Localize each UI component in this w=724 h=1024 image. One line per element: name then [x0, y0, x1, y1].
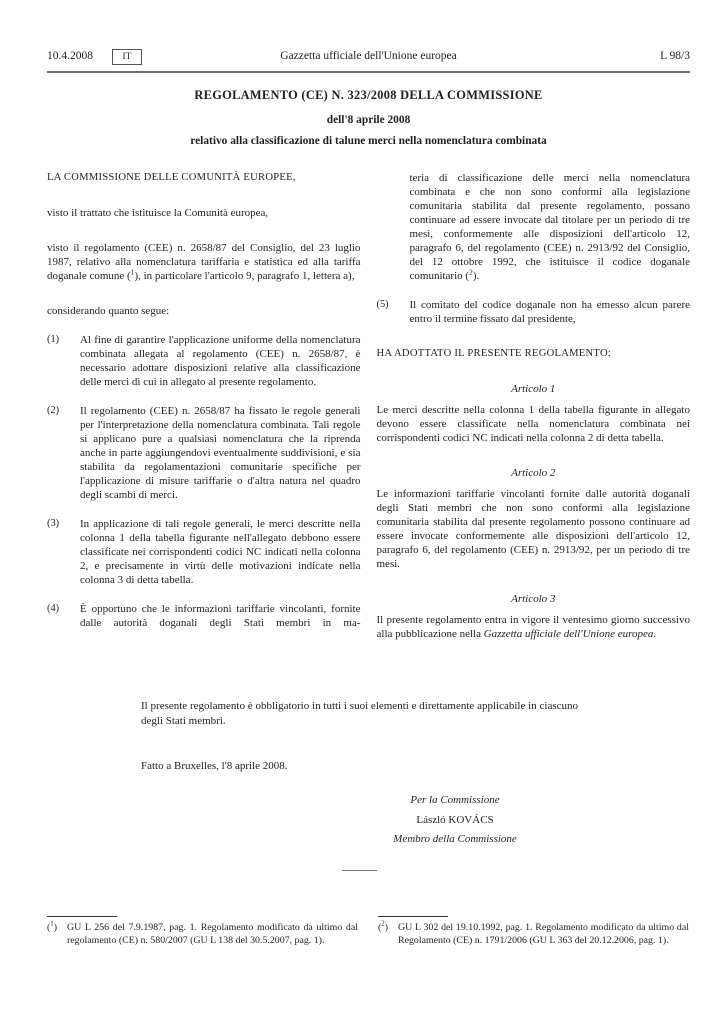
preamble-opening: LA COMMISSIONE DELLE COMUNITÀ EUROPEE,: [47, 171, 361, 185]
recital-4-number: (4): [47, 602, 80, 630]
recital-2-text: Il regolamento (CEE) n. 2658/87 ha fissa…: [80, 404, 361, 502]
recital-4: (4) È opportuno che le informazioni tari…: [47, 602, 361, 630]
article-3-text: Il presente regolamento entra in vigore …: [377, 613, 691, 641]
recital-1-number: (1): [47, 333, 80, 389]
footnote-2-marker: (2): [378, 921, 398, 947]
recital-5-text: Il comitato del codice doganale non ha e…: [410, 298, 691, 326]
footnote-1-marker-close: ): [54, 922, 57, 933]
footnotes-area: (1) GU L 256 del 7.9.1987, pag. 1. Regol…: [47, 916, 690, 947]
recital-3-text: In applicazione di tali regole generali,…: [80, 517, 361, 587]
citation-treaty: visto il trattato che istituisce la Comu…: [47, 206, 361, 220]
article-2-text: Le informazioni tariffarie vincolanti fo…: [377, 487, 691, 571]
footnote-1-marker: (1): [47, 921, 67, 947]
citation-regulation: visto il regolamento (CEE) n. 2658/87 de…: [47, 241, 361, 283]
article-1-heading: Articolo 1: [377, 382, 691, 396]
regulation-title: REGOLAMENTO (CE) N. 323/2008 DELLA COMMI…: [47, 88, 690, 147]
article-3-heading: Articolo 3: [377, 592, 691, 606]
section-divider: [342, 870, 377, 871]
article-1-text: Le merci descritte nella colonna 1 della…: [377, 403, 691, 445]
recital-5: (5) Il comitato del codice doganale non …: [377, 298, 691, 326]
recital-3: (3) In applicazione di tali regole gener…: [47, 517, 361, 587]
recital-2: (2) Il regolamento (CEE) n. 2658/87 ha f…: [47, 404, 361, 502]
place-and-date: Fatto a Bruxelles, l'8 aprile 2008.: [141, 759, 578, 774]
signature-block: Per la Commissione László KOVÁCS Membro …: [330, 793, 580, 846]
recital-5-number: (5): [377, 298, 410, 326]
page-header: 10.4.2008 IT Gazzetta ufficiale dell'Uni…: [47, 46, 690, 73]
journal-title: Gazzetta ufficiale dell'Unione europea: [47, 50, 690, 62]
recital-3-number: (3): [47, 517, 80, 587]
footnote-1: (1) GU L 256 del 7.9.1987, pag. 1. Regol…: [47, 916, 358, 947]
body-columns: LA COMMISSIONE DELLE COMUNITÀ EUROPEE, v…: [47, 171, 690, 641]
footnote-rule-left: [47, 916, 117, 917]
regulation-title-date: dell'8 aprile 2008: [47, 114, 690, 126]
signature-on-behalf: Per la Commissione: [330, 793, 580, 807]
article-3-journal-name: Gazzetta ufficiale dell'Unione europea: [484, 628, 654, 640]
regulation-title-subject: relativo alla classificazione di talune …: [47, 135, 690, 147]
adoption-formula: HA ADOTTATO IL PRESENTE REGOLAMENTO:: [377, 347, 691, 361]
recital-4-continuation-text: teria di classificazione delle merci nel…: [410, 172, 691, 282]
considering-line: considerando quanto segue:: [47, 304, 361, 318]
binding-clause: Il presente regolamento è obbligatorio i…: [141, 699, 578, 728]
signature-name: László KOVÁCS: [330, 813, 580, 827]
closing-block: Il presente regolamento è obbligatorio i…: [141, 699, 578, 774]
recital-1: (1) Al fine di garantire l'applicazione …: [47, 333, 361, 389]
official-journal-page: 10.4.2008 IT Gazzetta ufficiale dell'Uni…: [0, 0, 724, 1024]
page-reference: L 98/3: [660, 50, 690, 62]
recital-4-continuation: teria di classificazione delle merci nel…: [410, 171, 691, 283]
footnote-rule-right: [378, 916, 448, 917]
article-3-text-end: .: [653, 628, 656, 640]
footnote-2-marker-close: ): [385, 922, 388, 933]
footnote-2: (2) GU L 302 del 19.10.1992, pag. 1. Reg…: [378, 916, 689, 947]
right-column: teria di classificazione delle merci nel…: [377, 171, 691, 641]
regulation-title-number: REGOLAMENTO (CE) N. 323/2008 DELLA COMMI…: [47, 88, 690, 103]
recital-2-number: (2): [47, 404, 80, 502]
citation-regulation-text-end: ), in particolare l'articolo 9, paragraf…: [134, 270, 354, 282]
recital-4-continuation-end: ).: [473, 270, 479, 282]
left-column: LA COMMISSIONE DELLE COMUNITÀ EUROPEE, v…: [47, 171, 361, 641]
footnote-2-text: GU L 302 del 19.10.1992, pag. 1. Regolam…: [398, 921, 689, 947]
recital-1-text: Al fine di garantire l'applicazione unif…: [80, 333, 361, 389]
article-2-heading: Articolo 2: [377, 466, 691, 480]
recital-4-text: È opportuno che le informazioni tariffar…: [80, 602, 361, 630]
footnote-1-text: GU L 256 del 7.9.1987, pag. 1. Regolamen…: [67, 921, 358, 947]
signature-role: Membro della Commissione: [330, 832, 580, 846]
